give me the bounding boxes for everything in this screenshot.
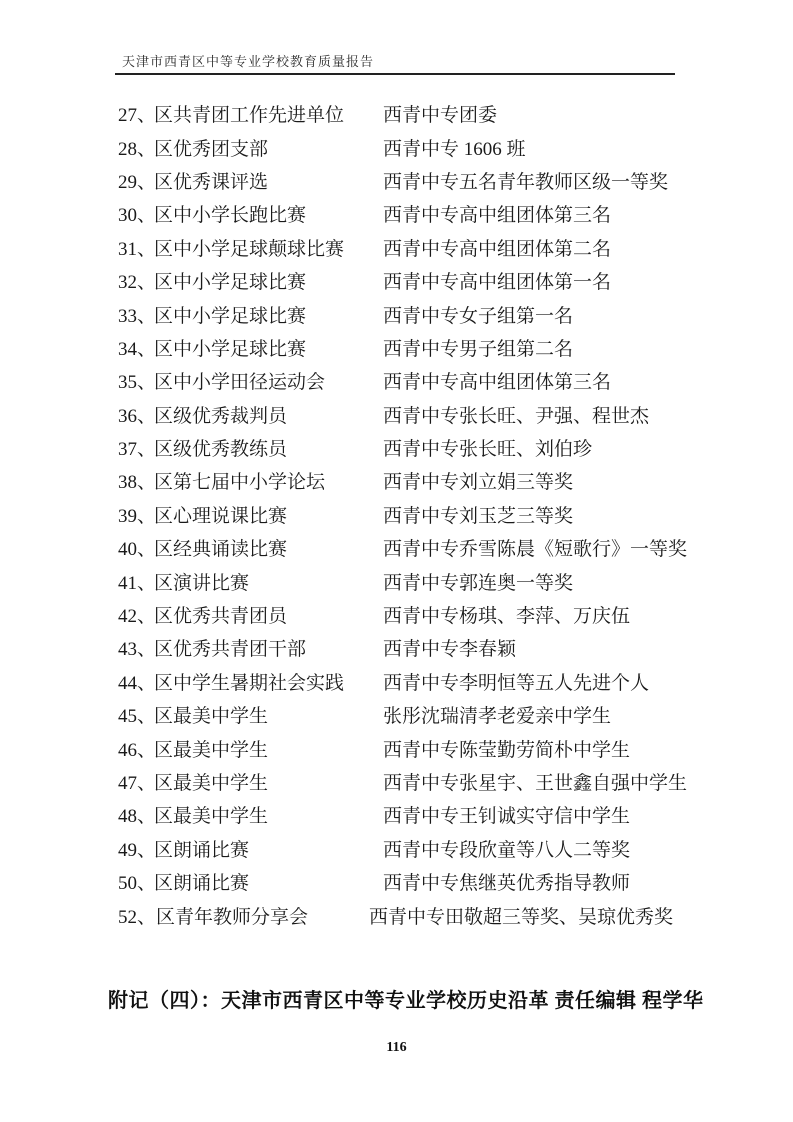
document-page: 天津市西青区中等专业学校教育质量报告 27、区共青团工作先进单位西青中专团委28… xyxy=(0,0,793,1122)
item-number: 41、 xyxy=(118,568,154,595)
award-name: 区优秀共青团员 xyxy=(154,601,383,628)
item-number: 40、 xyxy=(118,534,154,561)
item-number: 30、 xyxy=(118,200,154,227)
awards-list: 27、区共青团工作先进单位西青中专团委28、区优秀团支部西青中专 1606 班2… xyxy=(118,97,704,932)
award-recipient: 西青中专高中组团体第三名 xyxy=(383,200,704,227)
item-number: 38、 xyxy=(118,467,154,494)
item-number: 43、 xyxy=(118,634,154,661)
award-name: 区最美中学生 xyxy=(154,701,383,728)
award-recipient: 西青中专男子组第二名 xyxy=(383,334,704,361)
list-item: 31、区中小学足球颠球比赛西青中专高中组团体第二名 xyxy=(118,231,704,264)
item-number: 35、 xyxy=(118,367,154,394)
award-name: 区级优秀裁判员 xyxy=(154,401,383,428)
award-recipient: 西青中专五名青年教师区级一等奖 xyxy=(383,167,704,194)
award-recipient: 西青中专郭连奥一等奖 xyxy=(383,568,704,595)
item-number: 31、 xyxy=(118,234,154,261)
award-name: 区朗诵比赛 xyxy=(154,835,383,862)
award-recipient: 西青中专乔雪陈晨《短歌行》一等奖 xyxy=(383,534,704,561)
list-item: 29、区优秀课评选西青中专五名青年教师区级一等奖 xyxy=(118,164,704,197)
list-item: 35、区中小学田径运动会西青中专高中组团体第三名 xyxy=(118,364,704,397)
list-item: 36、区级优秀裁判员西青中专张长旺、尹强、程世杰 xyxy=(118,398,704,431)
award-recipient: 西青中专焦继英优秀指导教师 xyxy=(383,868,704,895)
award-name: 区中小学足球比赛 xyxy=(154,301,383,328)
list-item: 45、区最美中学生张彤沈瑞清孝老爱亲中学生 xyxy=(118,698,704,731)
award-name: 区中小学足球比赛 xyxy=(154,334,383,361)
award-recipient: 西青中专女子组第一名 xyxy=(383,301,704,328)
list-item: 30、区中小学长跑比赛西青中专高中组团体第三名 xyxy=(118,197,704,230)
item-number: 42、 xyxy=(118,601,154,628)
award-name: 区经典诵读比赛 xyxy=(154,534,383,561)
item-number: 36、 xyxy=(118,401,154,428)
award-recipient: 西青中专团委 xyxy=(383,100,704,127)
item-number: 47、 xyxy=(118,768,154,795)
award-name: 区朗诵比赛 xyxy=(154,868,383,895)
list-item: 39、区心理说课比赛西青中专刘玉芝三等奖 xyxy=(118,498,704,531)
award-name: 区心理说课比赛 xyxy=(154,501,383,528)
item-number: 44、 xyxy=(118,668,154,695)
award-name: 区中小学足球比赛 xyxy=(154,267,383,294)
award-recipient: 西青中专高中组团体第二名 xyxy=(383,234,704,261)
list-item: 41、区演讲比赛西青中专郭连奥一等奖 xyxy=(118,564,704,597)
item-number: 39、 xyxy=(118,501,154,528)
award-name: 区级优秀教练员 xyxy=(154,434,383,461)
award-recipient: 西青中专李明恒等五人先进个人 xyxy=(383,668,704,695)
item-number: 29、 xyxy=(118,167,154,194)
award-name: 区共青团工作先进单位 xyxy=(154,100,383,127)
header-rule xyxy=(115,73,675,75)
award-recipient: 西青中专田敬超三等奖、吴琼优秀奖 xyxy=(369,902,704,929)
award-name: 区中学生暑期社会实践 xyxy=(154,668,383,695)
award-recipient: 西青中专 1606 班 xyxy=(383,134,704,161)
award-name: 区青年教师分享会 xyxy=(156,902,369,929)
award-name: 区最美中学生 xyxy=(154,801,383,828)
award-name: 区中小学足球颠球比赛 xyxy=(154,234,383,261)
award-name: 区最美中学生 xyxy=(154,768,383,795)
award-recipient: 西青中专刘玉芝三等奖 xyxy=(383,501,704,528)
list-item: 47、区最美中学生西青中专张星宇、王世鑫自强中学生 xyxy=(118,765,704,798)
item-number: 50、 xyxy=(118,868,154,895)
page-number: 116 xyxy=(0,1040,793,1056)
award-name: 区第七届中小学论坛 xyxy=(154,467,383,494)
list-item: 38、区第七届中小学论坛西青中专刘立娟三等奖 xyxy=(118,464,704,497)
list-item: 34、区中小学足球比赛西青中专男子组第二名 xyxy=(118,331,704,364)
list-item: 28、区优秀团支部西青中专 1606 班 xyxy=(118,130,704,163)
award-recipient: 西青中专陈莹勤劳简朴中学生 xyxy=(383,735,704,762)
item-number: 34、 xyxy=(118,334,154,361)
award-name: 区演讲比赛 xyxy=(154,568,383,595)
award-recipient: 西青中专张星宇、王世鑫自强中学生 xyxy=(383,768,704,795)
award-recipient: 西青中专张长旺、尹强、程世杰 xyxy=(383,401,704,428)
award-recipient: 西青中专刘立娟三等奖 xyxy=(383,467,704,494)
award-recipient: 西青中专张长旺、刘伯珍 xyxy=(383,434,704,461)
award-name: 区最美中学生 xyxy=(154,735,383,762)
award-recipient: 西青中专高中组团体第一名 xyxy=(383,267,704,294)
list-item: 42、区优秀共青团员西青中专杨琪、李萍、万庆伍 xyxy=(118,598,704,631)
award-name: 区中小学长跑比赛 xyxy=(154,200,383,227)
item-number: 46、 xyxy=(118,735,154,762)
award-recipient: 西青中专高中组团体第三名 xyxy=(383,367,704,394)
award-name: 区优秀共青团干部 xyxy=(154,634,383,661)
list-item: 50、区朗诵比赛西青中专焦继英优秀指导教师 xyxy=(118,865,704,898)
item-number: 32、 xyxy=(118,267,154,294)
appendix-note: 附记（四）：天津市西青区中等专业学校历史沿革 责任编辑 程学华 xyxy=(108,984,708,1013)
list-item: 52、区青年教师分享会西青中专田敬超三等奖、吴琼优秀奖 xyxy=(118,898,704,931)
item-number: 37、 xyxy=(118,434,154,461)
list-item: 33、区中小学足球比赛西青中专女子组第一名 xyxy=(118,297,704,330)
list-item: 27、区共青团工作先进单位西青中专团委 xyxy=(118,97,704,130)
list-item: 48、区最美中学生西青中专王钊诚实守信中学生 xyxy=(118,798,704,831)
award-recipient: 西青中专杨琪、李萍、万庆伍 xyxy=(383,601,704,628)
list-item: 44、区中学生暑期社会实践西青中专李明恒等五人先进个人 xyxy=(118,665,704,698)
list-item: 32、区中小学足球比赛西青中专高中组团体第一名 xyxy=(118,264,704,297)
item-number: 45、 xyxy=(118,701,154,728)
award-recipient: 西青中专段欣童等八人二等奖 xyxy=(383,835,704,862)
list-item: 37、区级优秀教练员西青中专张长旺、刘伯珍 xyxy=(118,431,704,464)
list-item: 43、区优秀共青团干部西青中专李春颖 xyxy=(118,631,704,664)
award-name: 区优秀团支部 xyxy=(154,134,383,161)
item-number: 48、 xyxy=(118,801,154,828)
item-number: 49、 xyxy=(118,835,154,862)
award-name: 区优秀课评选 xyxy=(154,167,383,194)
item-number: 52、 xyxy=(118,902,156,929)
award-recipient: 张彤沈瑞清孝老爱亲中学生 xyxy=(383,701,704,728)
list-item: 40、区经典诵读比赛西青中专乔雪陈晨《短歌行》一等奖 xyxy=(118,531,704,564)
list-item: 46、区最美中学生西青中专陈莹勤劳简朴中学生 xyxy=(118,731,704,764)
item-number: 33、 xyxy=(118,301,154,328)
award-recipient: 西青中专李春颖 xyxy=(383,634,704,661)
running-head-title: 天津市西青区中等专业学校教育质量报告 xyxy=(122,51,374,70)
list-item: 49、区朗诵比赛西青中专段欣童等八人二等奖 xyxy=(118,832,704,865)
item-number: 28、 xyxy=(118,134,154,161)
award-recipient: 西青中专王钊诚实守信中学生 xyxy=(383,801,704,828)
award-name: 区中小学田径运动会 xyxy=(154,367,383,394)
item-number: 27、 xyxy=(118,100,154,127)
